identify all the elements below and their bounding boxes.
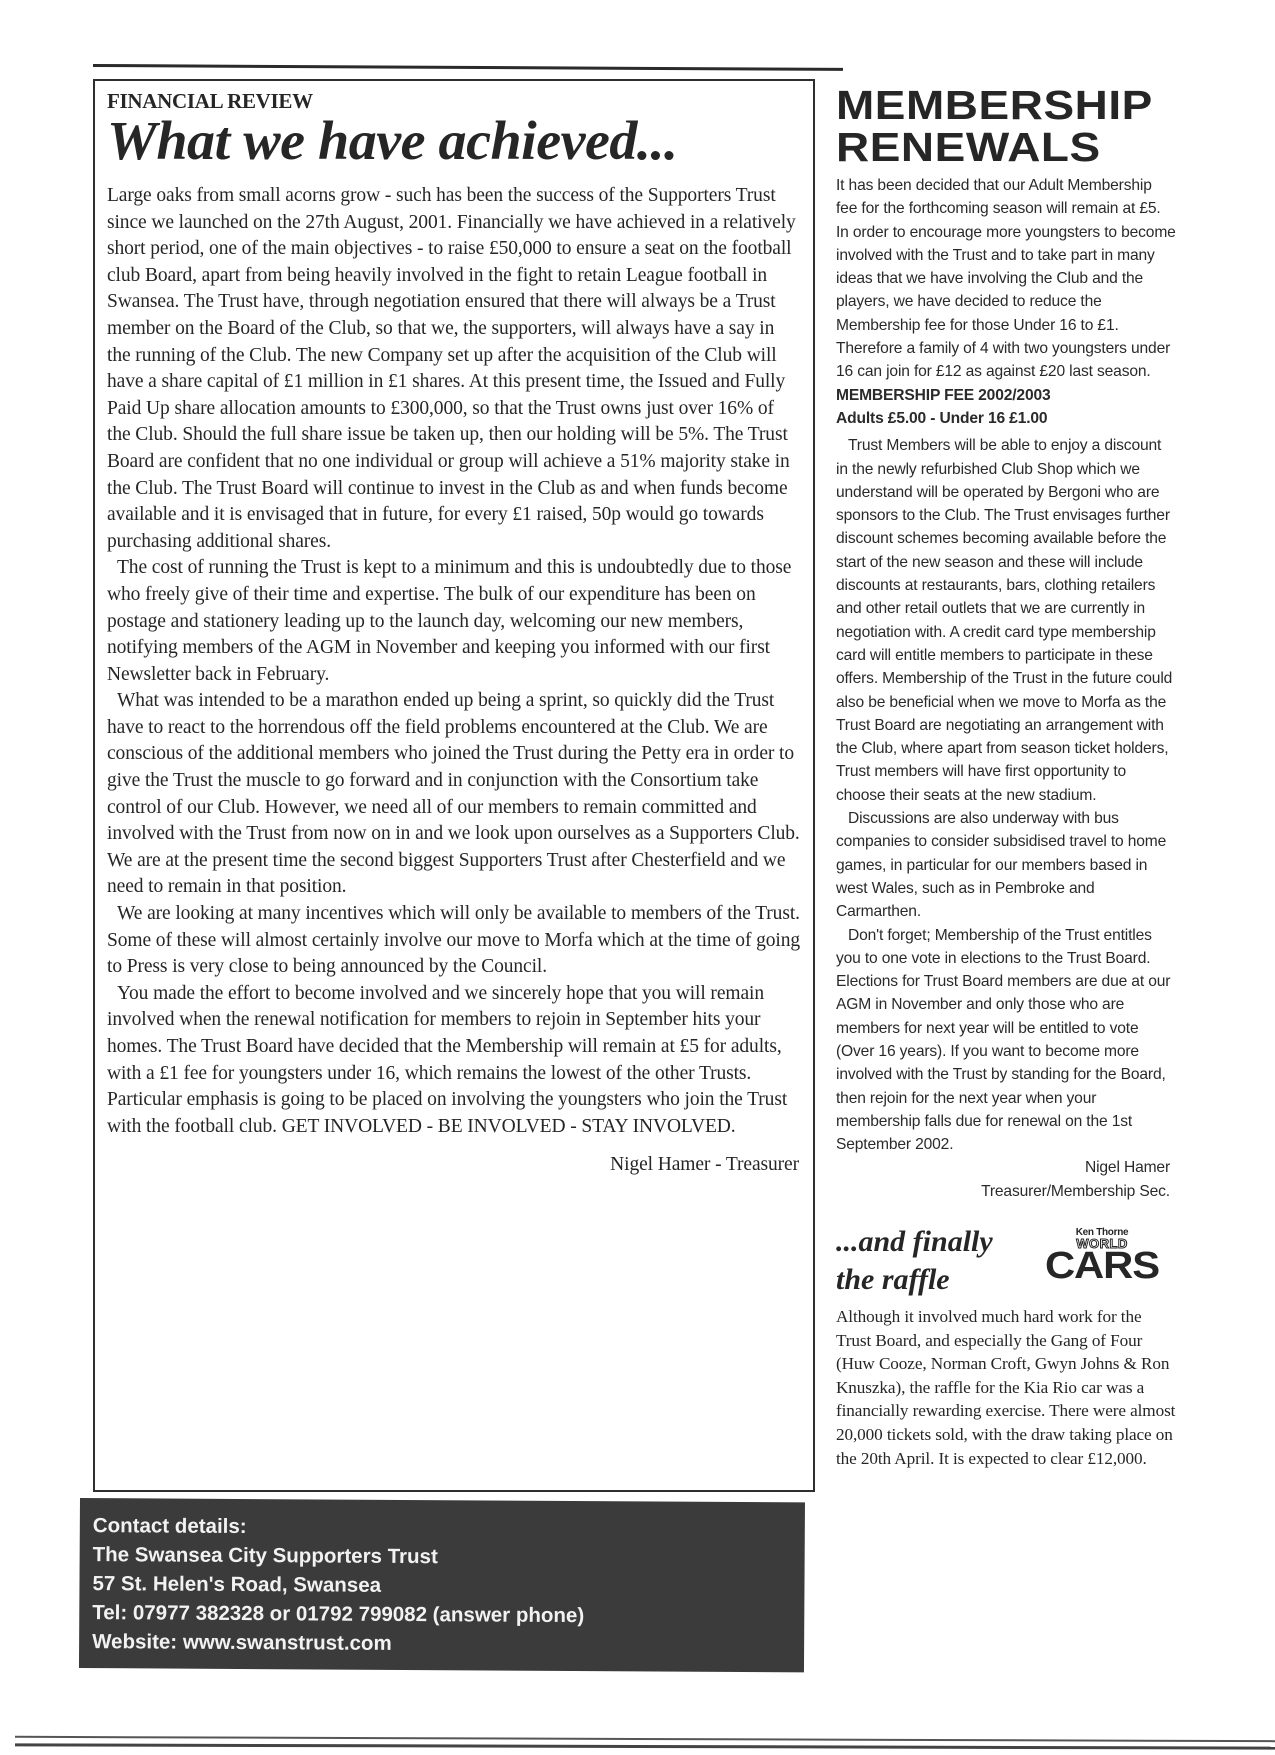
article-body: Large oaks from small acorns grow - such… xyxy=(107,183,801,1140)
article-paragraph-1: Large oaks from small acorns grow - such… xyxy=(107,183,801,555)
membership-title-line-2: RENEWALS xyxy=(836,126,1217,168)
membership-body: It has been decided that our Adult Membe… xyxy=(836,174,1176,1203)
contact-telephone: Tel: 07977 382328 or 01792 799082 (answe… xyxy=(92,1598,804,1631)
article-paragraph-2: The cost of running the Trust is kept to… xyxy=(107,555,801,688)
article-paragraph-3: What was intended to be a marathon ended… xyxy=(107,688,801,901)
contact-heading: Contact details: xyxy=(93,1511,805,1544)
raffle-header: ...and finally the raffle Ken Thorne WOR… xyxy=(836,1223,1176,1305)
membership-signoff-role: Treasurer/Membership Sec. xyxy=(836,1180,1176,1203)
page-bottom-edge-2 xyxy=(15,1743,1275,1749)
world-of-cars-logo: Ken Thorne WORLD CARS xyxy=(1042,1227,1162,1283)
contact-details-box: Contact details: The Swansea City Suppor… xyxy=(79,1498,805,1672)
page-bottom-edge xyxy=(15,1736,1275,1742)
contact-address: 57 St. Helen's Road, Swansea xyxy=(92,1569,804,1602)
top-rule-divider xyxy=(93,64,843,71)
membership-paragraph-3: Don't forget; Membership of the Trust en… xyxy=(836,924,1176,1157)
membership-paragraph-1: Trust Members will be able to enjoy a di… xyxy=(836,434,1176,807)
article-signoff: Nigel Hamer - Treasurer xyxy=(107,1152,801,1179)
article-paragraph-5: You made the effort to become involved a… xyxy=(107,981,801,1141)
membership-renewals-column: MEMBERSHIP RENEWALS It has been decided … xyxy=(836,80,1176,1470)
article-headline: What we have achieved... xyxy=(107,109,815,173)
membership-paragraph-2: Discussions are also underway with bus c… xyxy=(836,807,1176,923)
article-paragraph-4: We are looking at many incentives which … xyxy=(107,901,801,981)
membership-fee-heading: MEMBERSHIP FEE 2002/2003 xyxy=(836,384,1176,407)
contact-website: Website: www.swanstrust.com xyxy=(92,1627,804,1660)
logo-cars-text: CARS xyxy=(1036,1250,1168,1282)
membership-intro: It has been decided that our Adult Membe… xyxy=(836,174,1176,384)
membership-signoff-name: Nigel Hamer xyxy=(836,1156,1176,1179)
financial-review-article: FINANCIAL REVIEW What we have achieved..… xyxy=(93,79,815,1492)
membership-fee-values: Adults £5.00 - Under 16 £1.00 xyxy=(836,407,1176,430)
contact-organisation: The Swansea City Supporters Trust xyxy=(93,1540,805,1573)
raffle-body: Although it involved much hard work for … xyxy=(836,1305,1176,1470)
membership-title-line-1: MEMBERSHIP xyxy=(836,84,1217,126)
